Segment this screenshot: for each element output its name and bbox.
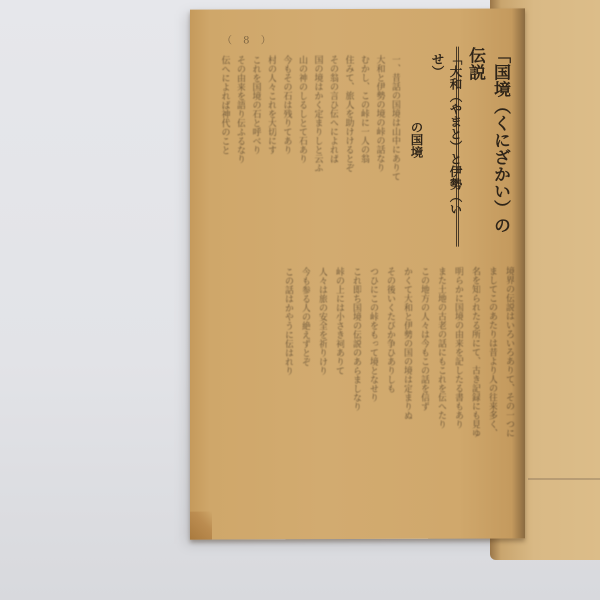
- body-text-bottom: 境界の伝説はいろいろありて、その一つにましてこのあたりは昔より人の往来多く、名を…: [212, 266, 514, 487]
- text-column: この地方の人々は今もこの話を信ず: [418, 267, 429, 487]
- body-text-top: 一、昔話の国境は山中にありて大和と伊勢の境の峠の話なりむかし、この峠に一人の翁住…: [220, 55, 400, 251]
- text-column: これ即ち国境の伝説のあらましなり: [350, 267, 361, 487]
- text-column: 大和と伊勢の境の峠の話なり: [375, 55, 385, 250]
- facing-page-crease: [528, 478, 600, 480]
- text-column: 今も参る人の絶えずとぞ: [299, 267, 310, 487]
- text-column: 人々は旅の安全を祈りけり: [316, 267, 327, 487]
- text-column: 村の人々これを大切にす: [267, 55, 277, 250]
- text-column: この話はかやうに伝はれり: [282, 267, 293, 487]
- article-subtitle: 「大和（やまと）と伊勢（いせ）: [428, 53, 464, 233]
- text-column: ましてこのあたりは昔より人の往来多く、: [486, 267, 497, 487]
- article-subtitle-cont: の国境: [407, 121, 425, 159]
- worn-corner: [190, 512, 212, 540]
- article-title: 「国境（くにざかい）の伝説: [456, 46, 513, 246]
- text-column: 境界の伝説はいろいろありて、その一つに: [503, 266, 514, 486]
- text-column: かくて大和と伊勢の国の境は定まりぬ: [401, 267, 412, 487]
- page-number: （ 8 ）: [222, 31, 275, 46]
- photo-scene: （ 8 ） 「国境（くにざかい）の伝説 「大和（やまと）と伊勢（いせ） の国境 …: [0, 0, 600, 600]
- text-column: 伝へによれば神代のこと: [220, 55, 230, 250]
- book-page: （ 8 ） 「国境（くにざかい）の伝説 「大和（やまと）と伊勢（いせ） の国境 …: [190, 8, 525, 539]
- text-column: つひにこの峠をもって境となせり: [367, 267, 378, 487]
- text-column: また土地の古老の話にもこれを伝へたり: [435, 267, 446, 487]
- text-column: 峠の上には小さき祠ありて: [333, 267, 344, 487]
- text-column: その後いくたびか争ひありしも: [384, 267, 395, 487]
- text-column: 今もその石は残りてあり: [282, 55, 292, 250]
- text-column: 国の境はかく定まりしと云ふ: [313, 55, 323, 250]
- text-column: むかし、この峠に一人の翁: [360, 55, 370, 250]
- text-column: 一、昔話の国境は山中にありて: [391, 55, 401, 250]
- text-column: 住みて、旅人を助けけるとぞ: [344, 55, 354, 250]
- text-column: これを国境の石と呼べり: [251, 55, 261, 250]
- text-column: その翁の言ひ伝へによれば: [329, 55, 339, 250]
- text-column: その由来を語り伝ふるなり: [236, 55, 246, 250]
- text-column: 明らかに国境の由来を記したる書もあり: [452, 267, 463, 487]
- text-column: 名を知られたる所にて、古き記録にも見ゆ: [469, 267, 480, 487]
- text-column: 山の神のしるしとて石あり: [298, 55, 308, 250]
